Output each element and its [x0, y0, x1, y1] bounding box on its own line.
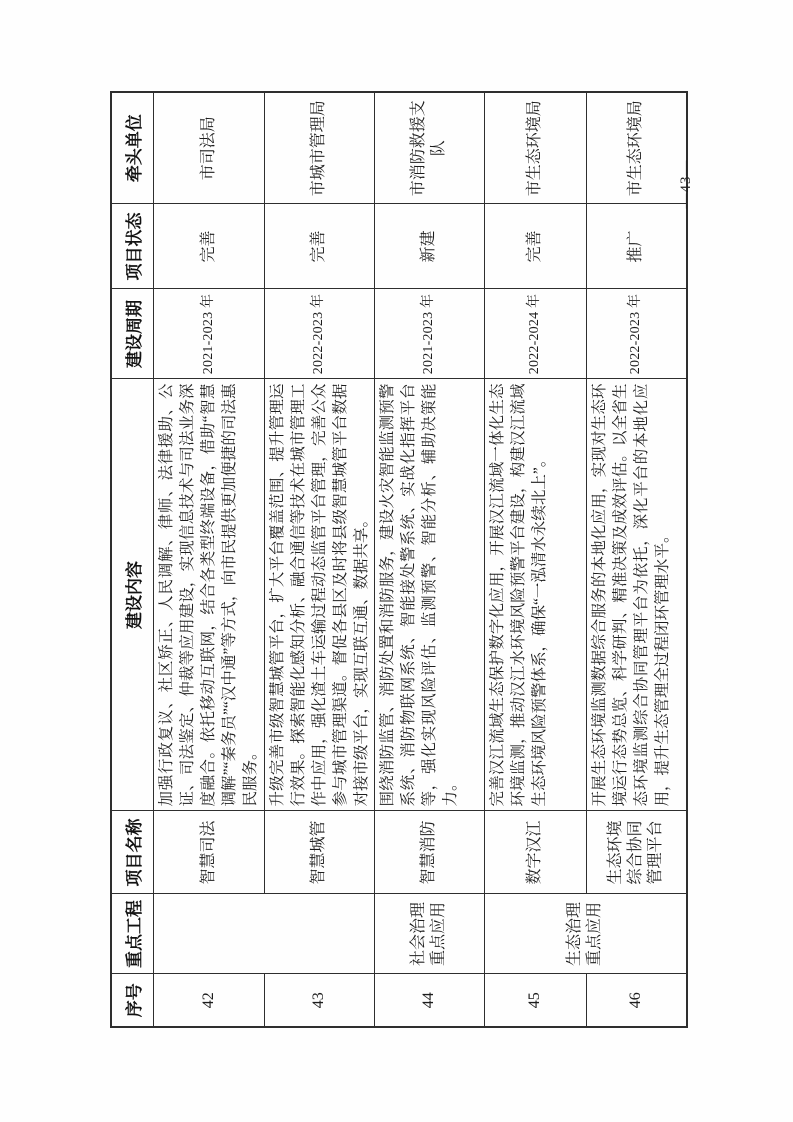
- header-row: 序号 重点工程 项目名称 建设内容 建设周期 项目状态 牵头单位: [111, 92, 153, 1027]
- cell-lead-unit: 市司法局: [153, 92, 264, 204]
- cell-content: 开展生态环境监测数据综合服务的本地化应用，实现对生态环境运行态势总览、科学研判、…: [586, 379, 687, 811]
- header-period: 建设周期: [111, 289, 153, 379]
- cell-lead-unit: 市生态环境局: [586, 92, 687, 204]
- table-row-42: 42 智慧司法 加强行政复议、社区矫正、人民调解、律师、法律援助、公证、司法鉴定…: [153, 92, 264, 1027]
- landscape-canvas: 序号 重点工程 项目名称 建设内容 建设周期 项目状态 牵头单位 42 智慧司法…: [0, 0, 793, 1122]
- header-status: 项目状态: [111, 204, 153, 289]
- cell-key-project-42-43: [153, 894, 374, 974]
- cell-status: 完善: [484, 204, 586, 289]
- table-row-43: 43 智慧城管 升级完善市级智慧城管平台，扩大平台覆盖范围、提升管理运行效果。探…: [264, 92, 374, 1027]
- header-lead-unit: 牵头单位: [111, 92, 153, 204]
- cell-no: 45: [484, 974, 586, 1027]
- cell-status: 新建: [374, 204, 484, 289]
- cell-period: 2022-2023 年: [264, 289, 374, 379]
- cell-lead-unit: 市生态环境局: [484, 92, 586, 204]
- cell-status: 推广: [586, 204, 687, 289]
- cell-no: 46: [586, 974, 687, 1027]
- cell-lead-unit: 市城市管理局: [264, 92, 374, 204]
- cell-lead-unit: 市消防救援支队: [374, 92, 484, 204]
- table-row-46: 46 生态环境综合协同管理平台 开展生态环境监测数据综合服务的本地化应用，实现对…: [586, 92, 687, 1027]
- cell-period: 2021-2023 年: [153, 289, 264, 379]
- cell-period: 2022-2023 年: [586, 289, 687, 379]
- table-row-45: 45 生态治理重点应用 数字汉江 完善汉江流域生态保护数字化应用，开展汉江流域一…: [484, 92, 586, 1027]
- cell-content: 围绕消防监管、消防处置和消防服务，建设火灾智能监测预警系统、消防物联网系统、智能…: [374, 379, 484, 811]
- header-content: 建设内容: [111, 379, 153, 811]
- cell-period: 2021-2023 年: [374, 289, 484, 379]
- cell-content: 完善汉江流域生态保护数字化应用，开展汉江流域一体化生态环境监测，推动汉江水环境风…: [484, 379, 586, 811]
- table-row-44: 44 社会治理重点应用 智慧消防 围绕消防监管、消防处置和消防服务，建设火灾智能…: [374, 92, 484, 1027]
- cell-key-project-45-46: 生态治理重点应用: [484, 894, 687, 974]
- header-project-name: 项目名称: [111, 811, 153, 894]
- header-no: 序号: [111, 974, 153, 1027]
- page-number: —43—: [678, 149, 695, 219]
- cell-content: 升级完善市级智慧城管平台，扩大平台覆盖范围、提升管理运行效果。探索智能化感知分析…: [264, 379, 374, 811]
- cell-key-project-44: 社会治理重点应用: [374, 894, 484, 974]
- cell-project-name: 生态环境综合协同管理平台: [586, 811, 687, 894]
- cell-status: 完善: [264, 204, 374, 289]
- header-key-project: 重点工程: [111, 894, 153, 974]
- cell-no: 44: [374, 974, 484, 1027]
- cell-project-name: 智慧司法: [153, 811, 264, 894]
- cell-period: 2022-2024 年: [484, 289, 586, 379]
- document-page: 序号 重点工程 项目名称 建设内容 建设周期 项目状态 牵头单位 42 智慧司法…: [0, 0, 793, 1122]
- cell-status: 完善: [153, 204, 264, 289]
- projects-table: 序号 重点工程 项目名称 建设内容 建设周期 项目状态 牵头单位 42 智慧司法…: [110, 91, 688, 1028]
- cell-project-name: 智慧消防: [374, 811, 484, 894]
- cell-project-name: 数字汉江: [484, 811, 586, 894]
- cell-no: 43: [264, 974, 374, 1027]
- cell-content: 加强行政复议、社区矫正、人民调解、律师、法律援助、公证、司法鉴定、仲裁等应用建设…: [153, 379, 264, 811]
- cell-no: 42: [153, 974, 264, 1027]
- cell-project-name: 智慧城管: [264, 811, 374, 894]
